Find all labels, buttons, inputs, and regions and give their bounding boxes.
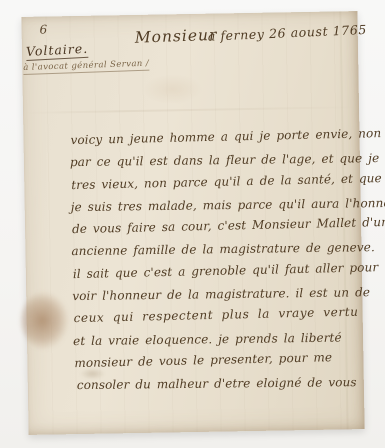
letter-line: ceux qui respectent plus la vraye vertu <box>73 305 344 333</box>
letter-line: monsieur de vous le presenter, pour me <box>74 350 345 378</box>
foxing-spot <box>142 74 203 105</box>
archive-mark: 6 <box>39 23 47 37</box>
horizontal-fold-crease <box>23 106 359 114</box>
dateline: a ferney 26 aoust 1765 <box>207 22 367 44</box>
author-annotation: Voltaire. <box>26 41 89 61</box>
letter-line: consoler du malheur d'etre eloigné de vo… <box>77 375 348 400</box>
letter-body: voicy un jeune homme a qui je porte envi… <box>70 128 346 400</box>
letter-paper: 6 Voltaire. à l'avocat général Servan / … <box>21 11 364 435</box>
photo-background: 6 Voltaire. à l'avocat général Servan / … <box>0 0 385 448</box>
salutation: Monsieur <box>134 26 217 47</box>
recipient-annotation: à l'avocat général Servan / <box>23 59 149 75</box>
left-edge-stain <box>20 291 69 350</box>
